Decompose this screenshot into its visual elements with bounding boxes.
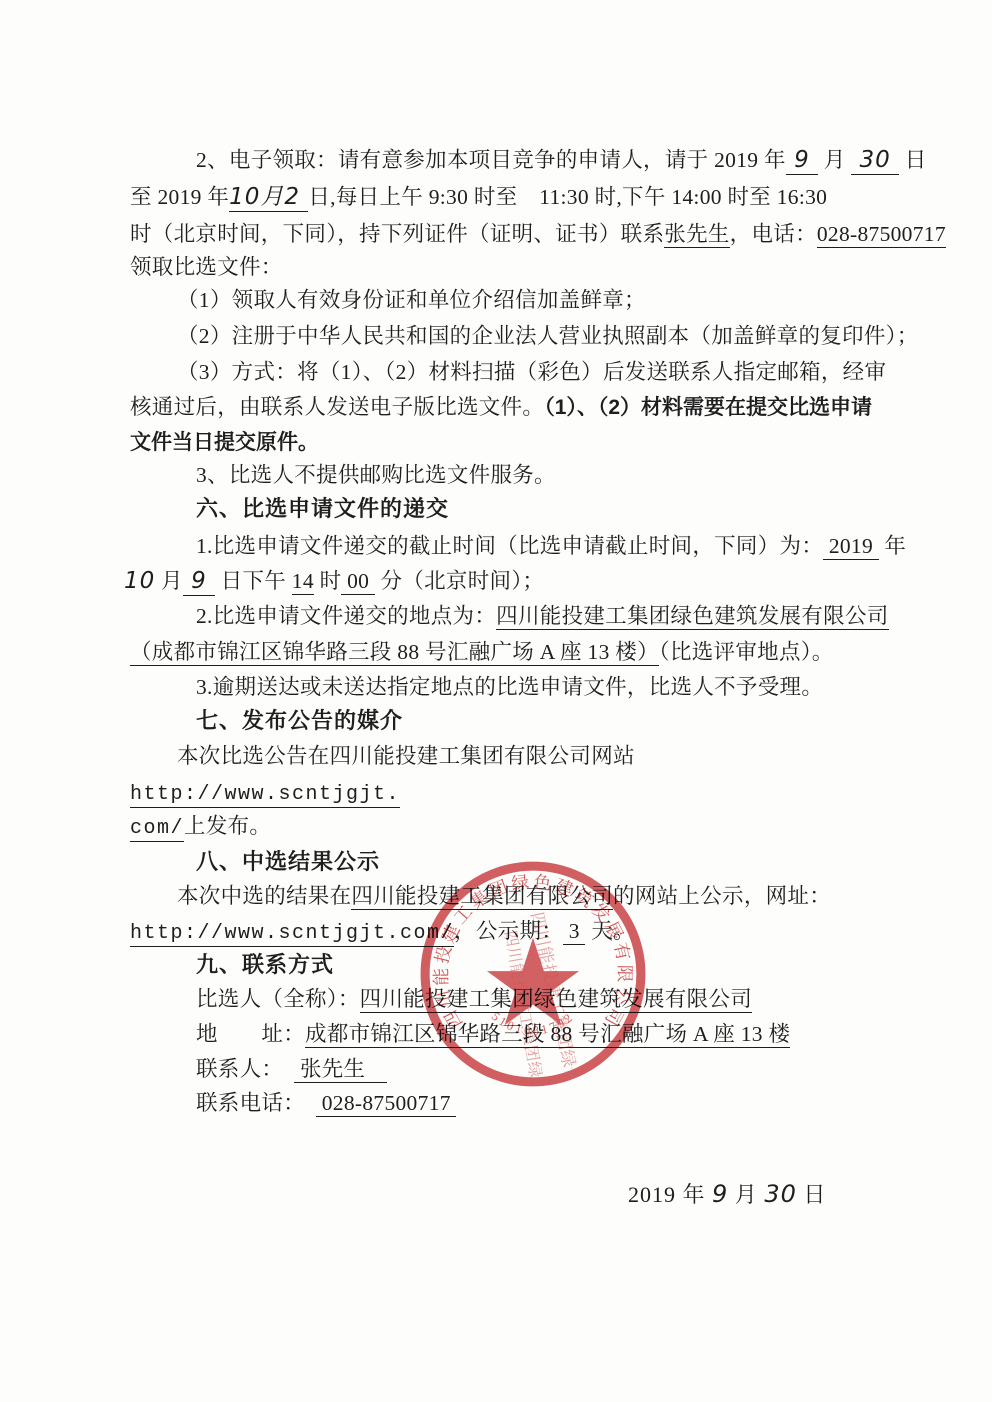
body-text: （3）方式：将（1）、（2）材料扫描（彩色）后发送联系人指定邮箱，经审	[177, 360, 886, 384]
handwritten-day-value: 9	[183, 568, 215, 596]
para-result-publicity-line1: 本次中选的结果在四川能投建工集团有限公司的网站上公示，网址：	[130, 881, 917, 913]
company-name-underlined: 四川能投建工集团绿色建筑发展有限公司	[496, 604, 888, 630]
body-text: 月	[818, 148, 851, 172]
handwritten-month-value: 9	[712, 1180, 728, 1208]
body-text: 至 2019 年	[130, 185, 229, 209]
para-deadline-line2: 10 月 9 日下午 14 时 00 分（北京时间）；	[124, 566, 864, 598]
publicity-days-underlined: 3	[563, 919, 585, 945]
para-electronic-collection-line4: 领取比选文件：	[130, 252, 870, 284]
field-label: 比选人（全称）：	[196, 987, 360, 1011]
list-item-2: （2）注册于中华人民共和国的企业法人营业执照副本（加盖鲜章的复印件）；	[130, 321, 917, 353]
company-name-underlined: 四川能投建工集团有限公司	[351, 884, 613, 910]
website-url: com/	[130, 817, 184, 842]
body-text: 时（北京时间，下同），持下列证件（证明、证书）联系	[130, 222, 664, 246]
para-website-url-line1: http://www.scntjgjt.	[130, 777, 870, 809]
body-text: 月	[155, 569, 182, 593]
contact-name-underlined: 张先生	[664, 222, 729, 248]
body-text: 天。	[585, 919, 634, 943]
body-text: （2）注册于中华人民共和国的企业法人营业执照副本（加盖鲜章的复印件）；	[177, 324, 919, 348]
hour-underlined: 14	[292, 569, 314, 595]
list-item-3-line1: （3）方式：将（1）、（2）材料扫描（彩色）后发送联系人指定邮箱，经审	[130, 357, 917, 389]
para-electronic-collection-line3: 时（北京时间，下同），持下列证件（证明、证书）联系张先生，电话：028-8750…	[130, 219, 870, 251]
field-label: 联系电话：	[196, 1091, 316, 1115]
section-heading-8: 八、中选结果公示	[130, 847, 936, 879]
date-text: 日	[797, 1182, 827, 1207]
handwritten-month-value: 9	[786, 147, 818, 175]
website-url: http://www.scntjgjt.com/	[130, 922, 454, 947]
body-text: 3、比选人不提供邮购比选文件服务。	[196, 463, 556, 487]
section-heading-6: 六、比选申请文件的递交	[130, 494, 936, 526]
body-text: 2、电子领取：请有意参加本项目竞争的申请人，请于 2019 年	[196, 148, 786, 172]
document-date: 2019 年 9 月 30 日	[628, 1178, 826, 1214]
contact-row-selector: 比选人（全称）：四川能投建工集团绿色建筑发展有限公司	[130, 984, 936, 1016]
contact-row-address: 地 址：成都市锦江区锦华路三段 88 号汇融广场 A 座 13 楼	[130, 1019, 936, 1051]
body-text: ，公示期：	[454, 919, 563, 943]
para-result-publicity-line2: http://www.scntjgjt.com/，公示期： 3 天。	[130, 916, 870, 948]
handwritten-day-value: 30	[764, 1180, 797, 1208]
heading-text: 八、中选结果公示	[196, 849, 380, 874]
body-text: 上发布。	[184, 814, 271, 838]
phone-number-underlined: 028-87500717	[316, 1091, 456, 1117]
body-text: 2.比选申请文件递交的地点为：	[196, 604, 496, 628]
company-name-underlined: 四川能投建工集团绿色建筑发展有限公司	[360, 987, 752, 1013]
body-text: 的网站上公示，网址：	[613, 884, 831, 908]
para-announcement-media: 本次比选公告在四川能投建工集团有限公司网站	[130, 741, 917, 773]
section-heading-7: 七、发布公告的媒介	[130, 706, 936, 738]
body-text: 分（北京时间）；	[375, 569, 544, 593]
body-text: 日下午	[215, 569, 292, 593]
body-text: 1.比选申请文件递交的截止时间（比选申请截止时间，下同）为：	[196, 534, 823, 558]
date-text: 月	[728, 1182, 764, 1207]
body-text: （比选评审地点）。	[659, 640, 834, 664]
body-text: 本次比选公告在四川能投建工集团有限公司网站	[177, 744, 635, 768]
date-text: 2019 年	[628, 1182, 712, 1207]
para-electronic-collection-line1: 2、电子领取：请有意参加本项目竞争的申请人，请于 2019 年 9 月 30 日	[130, 145, 936, 177]
body-text: 日,每日上午 9:30 时至 11:30 时,下午 14:00 时至 16:30	[308, 185, 827, 209]
field-label: 联系人：	[196, 1057, 294, 1081]
scanned-document-page: 2、电子领取：请有意参加本项目竞争的申请人，请于 2019 年 9 月 30 日…	[0, 0, 992, 1402]
phone-number-underlined: 028-87500717	[817, 222, 946, 248]
bold-emphasis-text: （1）、（2）材料需要在提交比选申请	[544, 396, 872, 419]
minute-underlined: 00	[341, 569, 374, 595]
handwritten-day-value: 30	[851, 147, 899, 175]
list-item-3-line2: 核通过后，由联系人发送电子版比选文件。（1）、（2）材料需要在提交比选申请	[130, 392, 870, 424]
website-url: http://www.scntjgjt.	[130, 783, 400, 808]
body-text: 年	[879, 534, 906, 558]
address-underlined: （成都市锦江区锦华路三段 88 号汇融广场 A 座 13 楼）	[130, 640, 659, 666]
list-item-1: （1）领取人有效身份证和单位介绍信加盖鲜章；	[130, 285, 917, 317]
body-text: 领取比选文件：	[130, 255, 283, 279]
address-underlined: 成都市锦江区锦华路三段 88 号汇融广场 A 座 13 楼	[305, 1022, 790, 1048]
heading-text: 九、联系方式	[196, 952, 334, 977]
body-text: 3.逾期送达或未送达指定地点的比选申请文件，比选人不予受理。	[196, 675, 823, 699]
heading-text: 六、比选申请文件的递交	[196, 496, 449, 521]
body-text: 核通过后，由联系人发送电子版比选文件。	[130, 395, 544, 419]
para-submission-place-line2: （成都市锦江区锦华路三段 88 号汇融广场 A 座 13 楼）（比选评审地点）。	[130, 637, 870, 669]
list-item-3-line3: 文件当日提交原件。	[130, 427, 870, 459]
body-text: 本次中选的结果在	[177, 884, 351, 908]
body-text: （1）领取人有效身份证和单位介绍信加盖鲜章；	[177, 288, 646, 312]
body-text: 日	[899, 148, 926, 172]
para-electronic-collection-line2: 至 2019 年10月2 日,每日上午 9:30 时至 11:30 时,下午 1…	[130, 182, 870, 214]
handwritten-month-margin: 10	[124, 568, 155, 594]
year-underlined: 2019	[823, 534, 879, 560]
contact-row-phone: 联系电话： 028-87500717	[130, 1088, 936, 1120]
bold-emphasis-text: 文件当日提交原件。	[130, 431, 319, 454]
section-heading-9: 九、联系方式	[130, 950, 936, 982]
para-no-mail-service: 3、比选人不提供邮购比选文件服务。	[130, 460, 936, 492]
body-text: ，电话：	[730, 222, 817, 246]
handwritten-date-value: 10月2	[229, 184, 308, 212]
para-deadline-line1: 1.比选申请文件递交的截止时间（比选申请截止时间，下同）为： 2019 年	[130, 531, 936, 563]
contact-name-underlined: 张先生	[294, 1057, 387, 1083]
body-text: 时	[314, 569, 341, 593]
para-website-url-line2: com/上发布。	[130, 811, 870, 843]
para-late-delivery: 3.逾期送达或未送达指定地点的比选申请文件，比选人不予受理。	[130, 672, 936, 704]
para-submission-place-line1: 2.比选申请文件递交的地点为：四川能投建工集团绿色建筑发展有限公司	[130, 601, 936, 633]
contact-row-person: 联系人： 张先生	[130, 1054, 936, 1086]
field-label: 地 址：	[196, 1022, 305, 1046]
heading-text: 七、发布公告的媒介	[196, 708, 403, 733]
